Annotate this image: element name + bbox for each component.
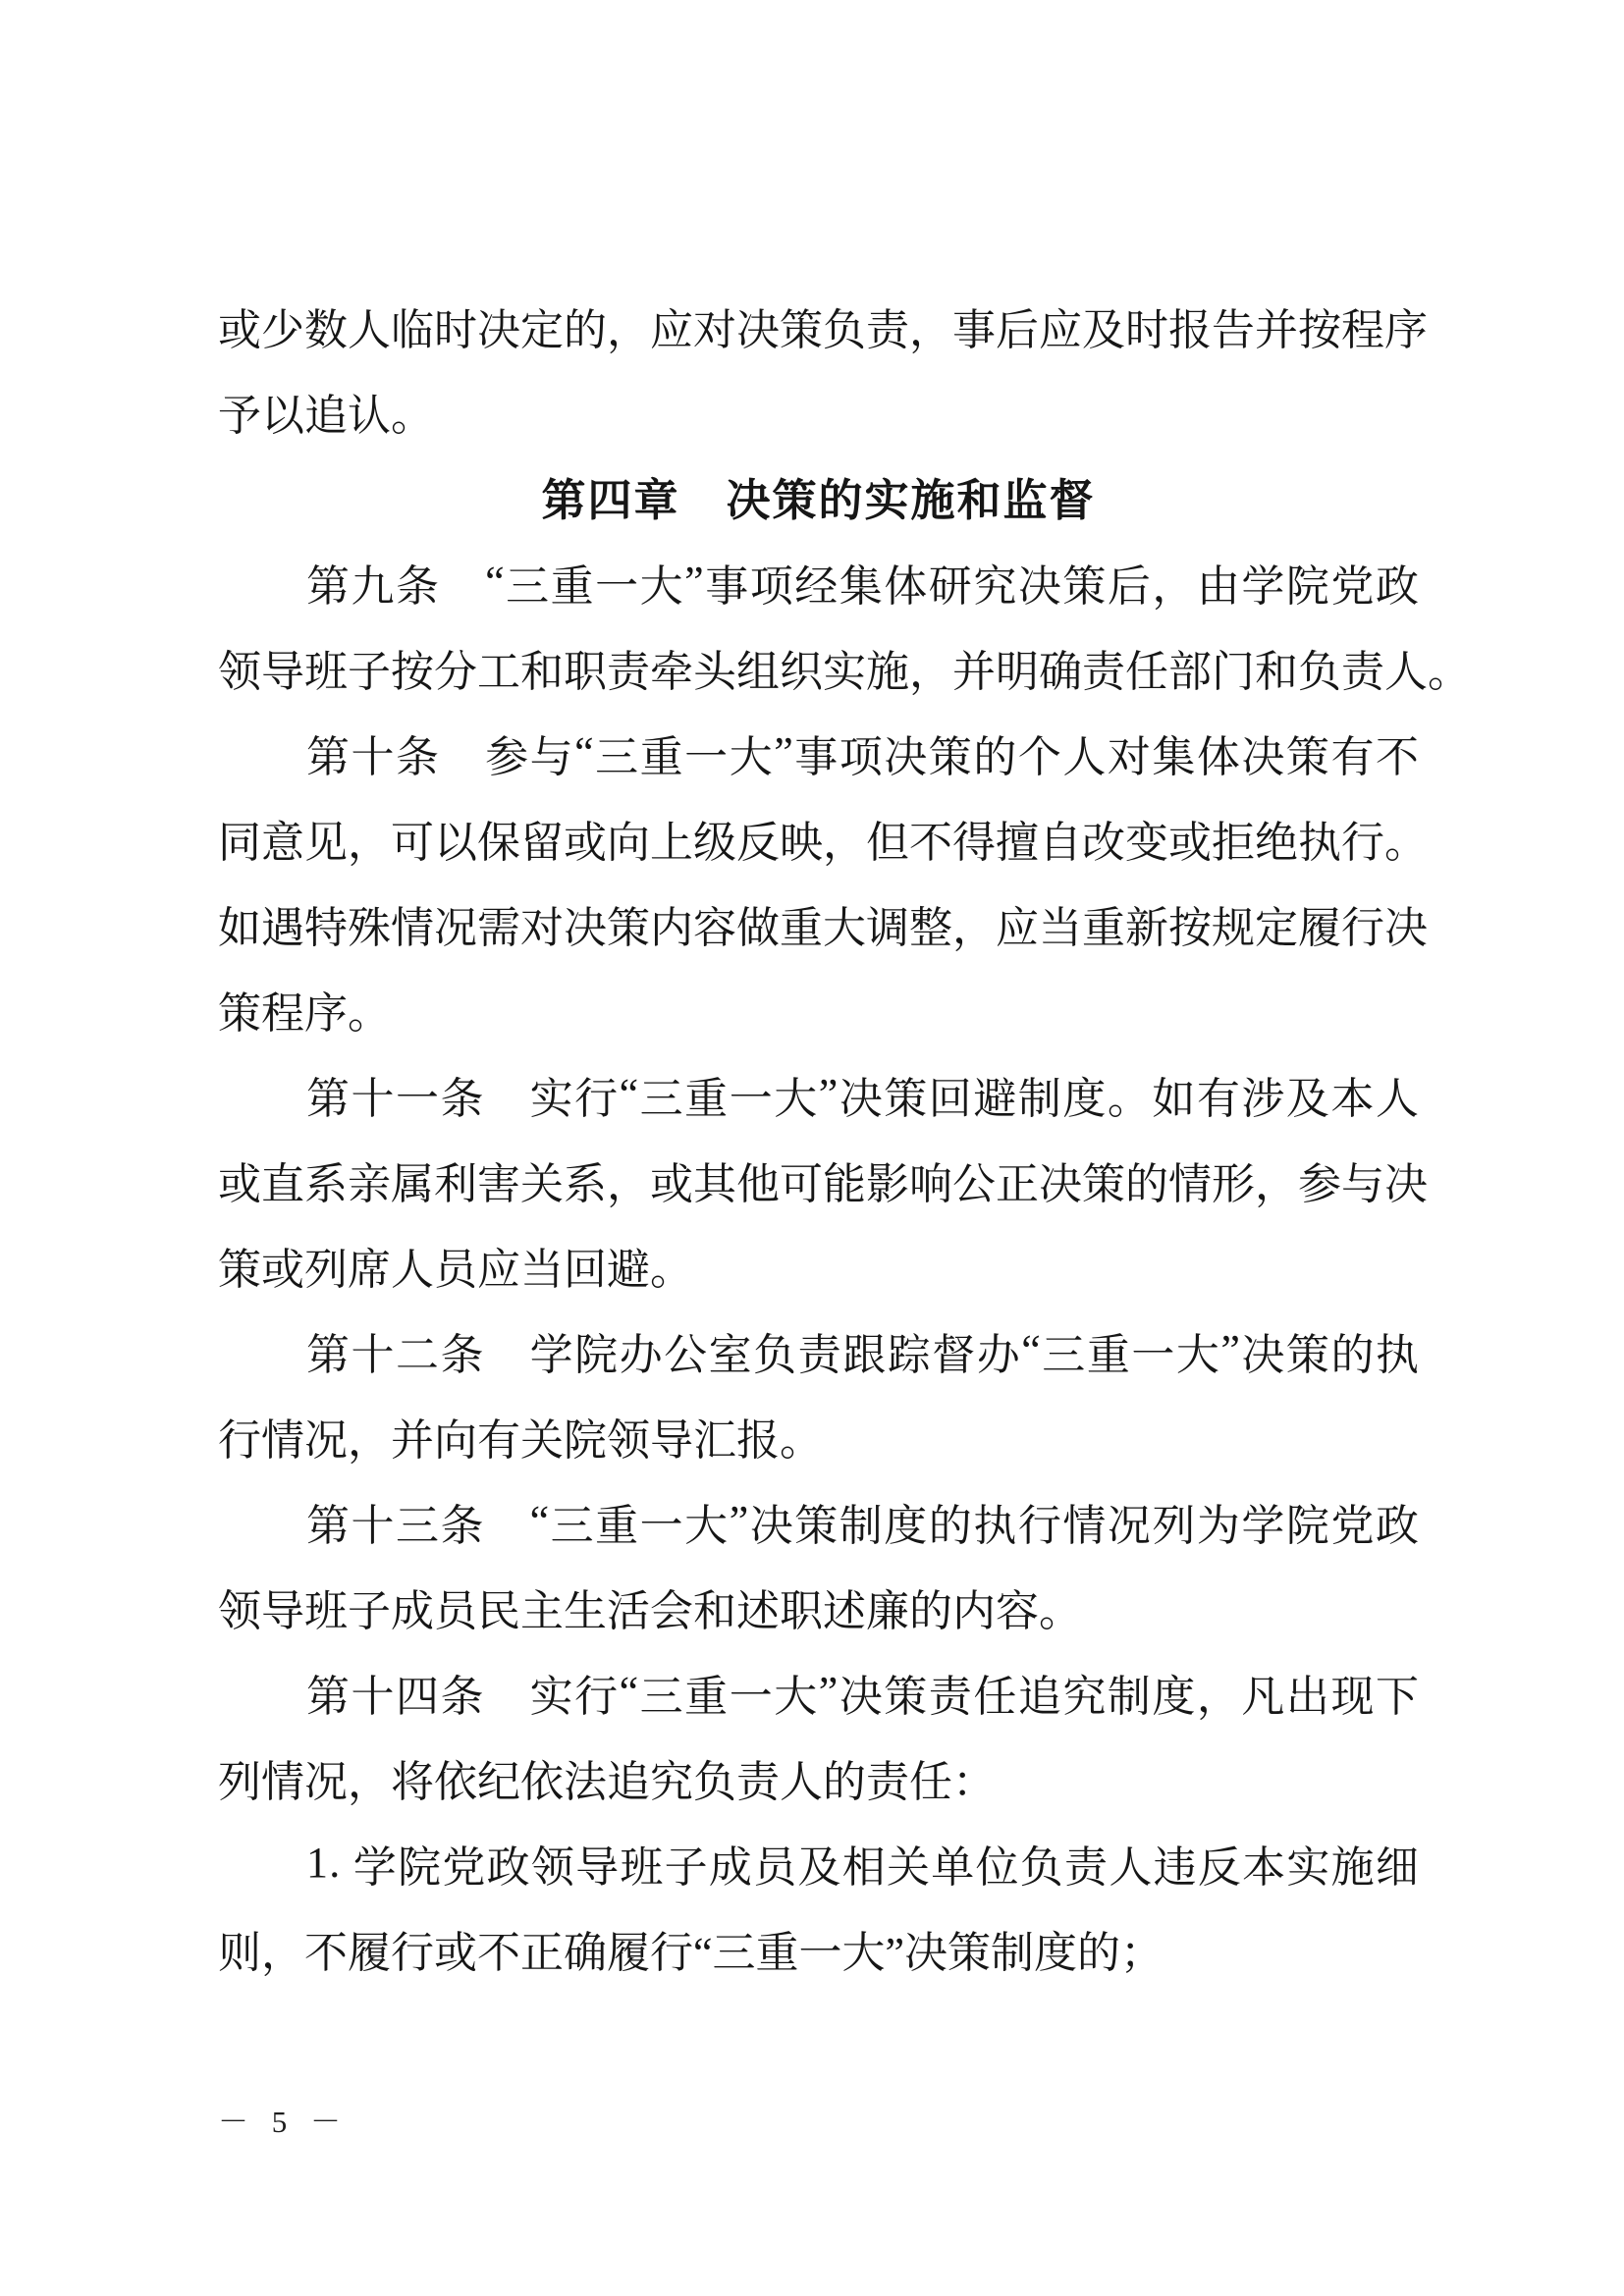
body-text-line: 策程序。 [218, 966, 1419, 1051]
body-text-line: 1. 学院党政领导班子成员及相关单位负责人违反本实施细 [218, 1820, 1419, 1905]
body-text-line: 领导班子成员民主生活会和述职述廉的内容。 [218, 1564, 1419, 1649]
page-number: － 5 － [218, 2097, 349, 2141]
document-body: 或少数人临时决定的，应对决策负责，事后应及时报告并按程序予以追认。第四章 决策的… [218, 283, 1419, 1991]
body-text-line: 予以追认。 [218, 368, 1419, 454]
body-text-line: 或直系亲属利害关系，或其他可能影响公正决策的情形，参与决 [218, 1137, 1419, 1222]
body-text-line: 则，不履行或不正确履行“三重一大”决策制度的； [218, 1905, 1419, 1991]
body-text-line: 领导班子按分工和职责牵头组织实施，并明确责任部门和负责人。 [218, 624, 1419, 710]
body-text-line: 同意见，可以保留或向上级反映，但不得擅自改变或拒绝执行。 [218, 795, 1419, 881]
body-text-line: 第十三条 “三重一大”决策制度的执行情况列为学院党政 [218, 1478, 1419, 1564]
body-text-line: 列情况，将依纪依法追究负责人的责任： [218, 1735, 1419, 1820]
body-text-line: 第十二条 学院办公室负责跟踪督办“三重一大”决策的执 [218, 1308, 1419, 1393]
document-page: 或少数人临时决定的，应对决策负责，事后应及时报告并按程序予以追认。第四章 决策的… [0, 0, 1624, 2296]
body-text-line: 第十条 参与“三重一大”事项决策的个人对集体决策有不 [218, 710, 1419, 795]
body-text-line: 第十一条 实行“三重一大”决策回避制度。如有涉及本人 [218, 1051, 1419, 1137]
body-text-line: 如遇特殊情况需对决策内容做重大调整，应当重新按规定履行决 [218, 881, 1419, 966]
chapter-heading: 第四章 决策的实施和监督 [218, 454, 1419, 539]
body-text-line: 第十四条 实行“三重一大”决策责任追究制度，凡出现下 [218, 1649, 1419, 1735]
body-text-line: 行情况，并向有关院领导汇报。 [218, 1393, 1419, 1478]
body-text-line: 第九条 “三重一大”事项经集体研究决策后，由学院党政 [218, 539, 1419, 624]
body-text-line: 策或列席人员应当回避。 [218, 1222, 1419, 1308]
body-text-line: 或少数人临时决定的，应对决策负责，事后应及时报告并按程序 [218, 283, 1419, 368]
